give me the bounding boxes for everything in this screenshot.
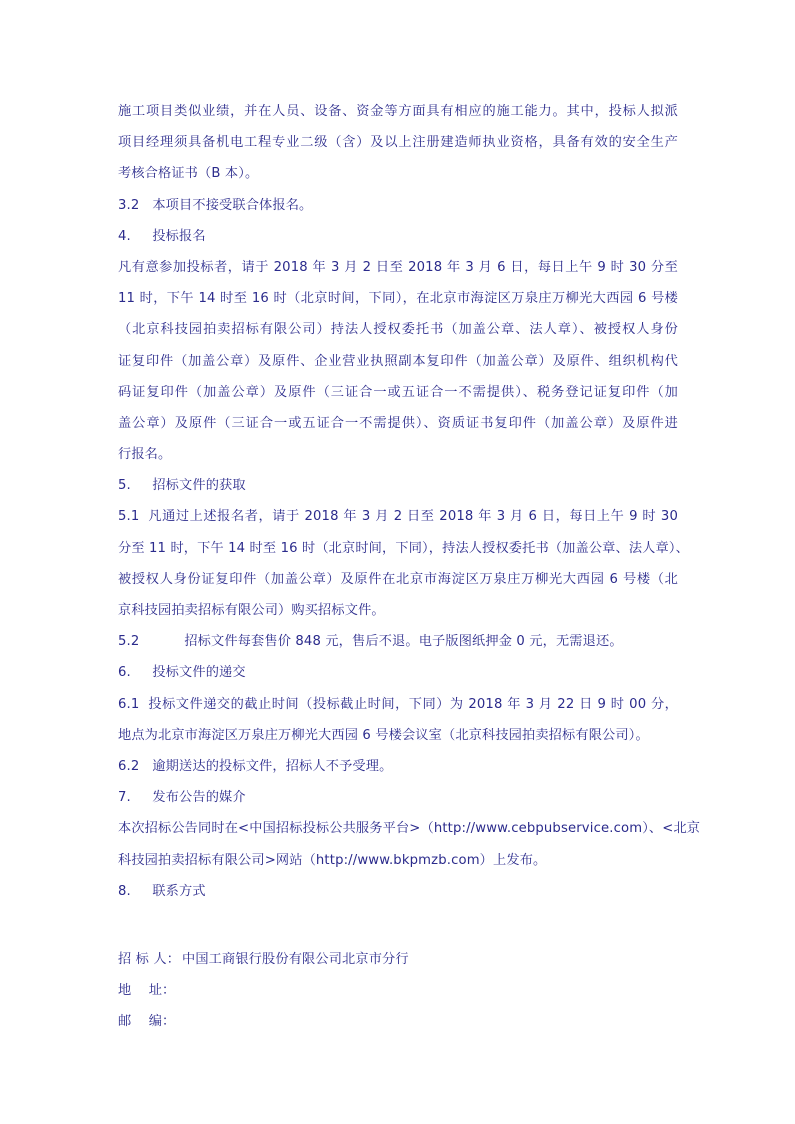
s7-line-1: 本次招标公告同时在<中国招标投标公共服务平台>（http://www.cebpu… [118,813,678,844]
clause-5-1-line-2: 分至 11 时，下午 14 时至 16 时（北京时间，下同），持法人授权委托书（… [118,533,678,564]
section-number: 5. [118,470,148,501]
clause-number: 6.2 [118,751,148,782]
clause-text: 凡通过上述报名者，请于 2018 年 3 月 2 日至 2018 年 3 月 6… [148,509,678,524]
clause-6-2: 6.2 逾期送达的投标文件，招标人不予受理。 [118,751,678,782]
section-title: 联系方式 [152,884,205,899]
contact-block: 招 标 人：中国工商银行股份有限公司北京市分行 地 址： 邮 编： [118,944,678,1038]
clause-5-1-line-3: 被授权人身份证复印件（加盖公章）及原件在北京市海淀区万泉庄万柳光大西园 6 号楼… [118,564,678,595]
clause-3-2: 3.2 本项目不接受联合体报名。 [118,190,678,221]
s4-line-5: 码证复印件（加盖公章）及原件（三证合一或五证合一不需提供）、税务登记证复印件（加 [118,377,678,408]
s4-line-3: （北京科技园拍卖招标有限公司）持法人授权委托书（加盖公章、法人章）、被授权人身份 [118,314,678,345]
section-number: 4. [118,221,148,252]
s4-line-7: 行报名。 [118,439,678,470]
contact-tenderer: 招 标 人：中国工商银行股份有限公司北京市分行 [118,944,678,975]
clause-number: 5.2 [118,626,180,657]
s7-line-2: 科技园拍卖招标有限公司>网站（http://www.bkpmzb.com）上发布… [118,845,678,876]
section-4-heading: 4. 投标报名 [118,221,678,252]
tenderer-label: 招 标 人： [118,944,182,975]
clause-text: 招标文件每套售价 848 元，售后不退。电子版图纸押金 0 元，无需退还。 [184,634,622,649]
intro-line-3: 考核合格证书（B 本）。 [118,158,678,189]
clause-5-1-line-4: 京科技园拍卖招标有限公司）购买招标文件。 [118,595,678,626]
section-title: 投标文件的递交 [152,665,245,680]
contact-postcode: 邮 编： [118,1006,678,1037]
clause-number: 3.2 [118,190,148,221]
tenderer-value: 中国工商银行股份有限公司北京市分行 [182,952,409,967]
clause-text: 投标文件递交的截止时间（投标截止时间，下同）为 2018 年 3 月 22 日 … [148,697,678,712]
section-title: 投标报名 [152,229,205,244]
clause-number: 6.1 [118,689,148,720]
clause-6-1-line-2: 地点为北京市海淀区万泉庄万柳光大西园 6 号楼会议室（北京科技园拍卖招标有限公司… [118,720,678,751]
s4-line-4: 证复印件（加盖公章）及原件、企业营业执照副本复印件（加盖公章）及原件、组织机构代 [118,346,678,377]
section-6-heading: 6. 投标文件的递交 [118,657,678,688]
section-number: 6. [118,657,148,688]
s4-line-1: 凡有意参加投标者，请于 2018 年 3 月 2 日至 2018 年 3 月 6… [118,252,678,283]
clause-6-1-line-1: 6.1投标文件递交的截止时间（投标截止时间，下同）为 2018 年 3 月 22… [118,689,678,720]
section-title: 发布公告的媒介 [152,790,245,805]
postcode-label: 邮 编： [118,1006,182,1037]
clause-5-2: 5.2 招标文件每套售价 848 元，售后不退。电子版图纸押金 0 元，无需退还… [118,626,678,657]
clause-text: 逾期送达的投标文件，招标人不予受理。 [152,759,392,774]
document-page: 施工项目类似业绩，并在人员、设备、资金等方面具有相应的施工能力。其中，投标人拟派… [0,0,795,1124]
document-body: 施工项目类似业绩，并在人员、设备、资金等方面具有相应的施工能力。其中，投标人拟派… [118,96,678,1038]
s4-line-2: 11 时，下午 14 时至 16 时（北京时间，下同），在北京市海淀区万泉庄万柳… [118,283,678,314]
clause-5-1-line-1: 5.1凡通过上述报名者，请于 2018 年 3 月 2 日至 2018 年 3 … [118,501,678,532]
section-5-heading: 5. 招标文件的获取 [118,470,678,501]
clause-number: 5.1 [118,501,148,532]
section-number: 7. [118,782,148,813]
s4-line-6: 盖公章）及原件（三证合一或五证合一不需提供）、资质证书复印件（加盖公章）及原件进 [118,408,678,439]
section-title: 招标文件的获取 [152,478,245,493]
contact-address: 地 址： [118,975,678,1006]
intro-line-2: 项目经理须具备机电工程专业二级（含）及以上注册建造师执业资格，具备有效的安全生产 [118,127,678,158]
section-7-heading: 7. 发布公告的媒介 [118,782,678,813]
section-number: 8. [118,876,148,907]
clause-text: 本项目不接受联合体报名。 [152,198,312,213]
blank-line [118,907,678,938]
intro-line-1: 施工项目类似业绩，并在人员、设备、资金等方面具有相应的施工能力。其中，投标人拟派 [118,96,678,127]
section-8-heading: 8. 联系方式 [118,876,678,907]
address-label: 地 址： [118,975,182,1006]
